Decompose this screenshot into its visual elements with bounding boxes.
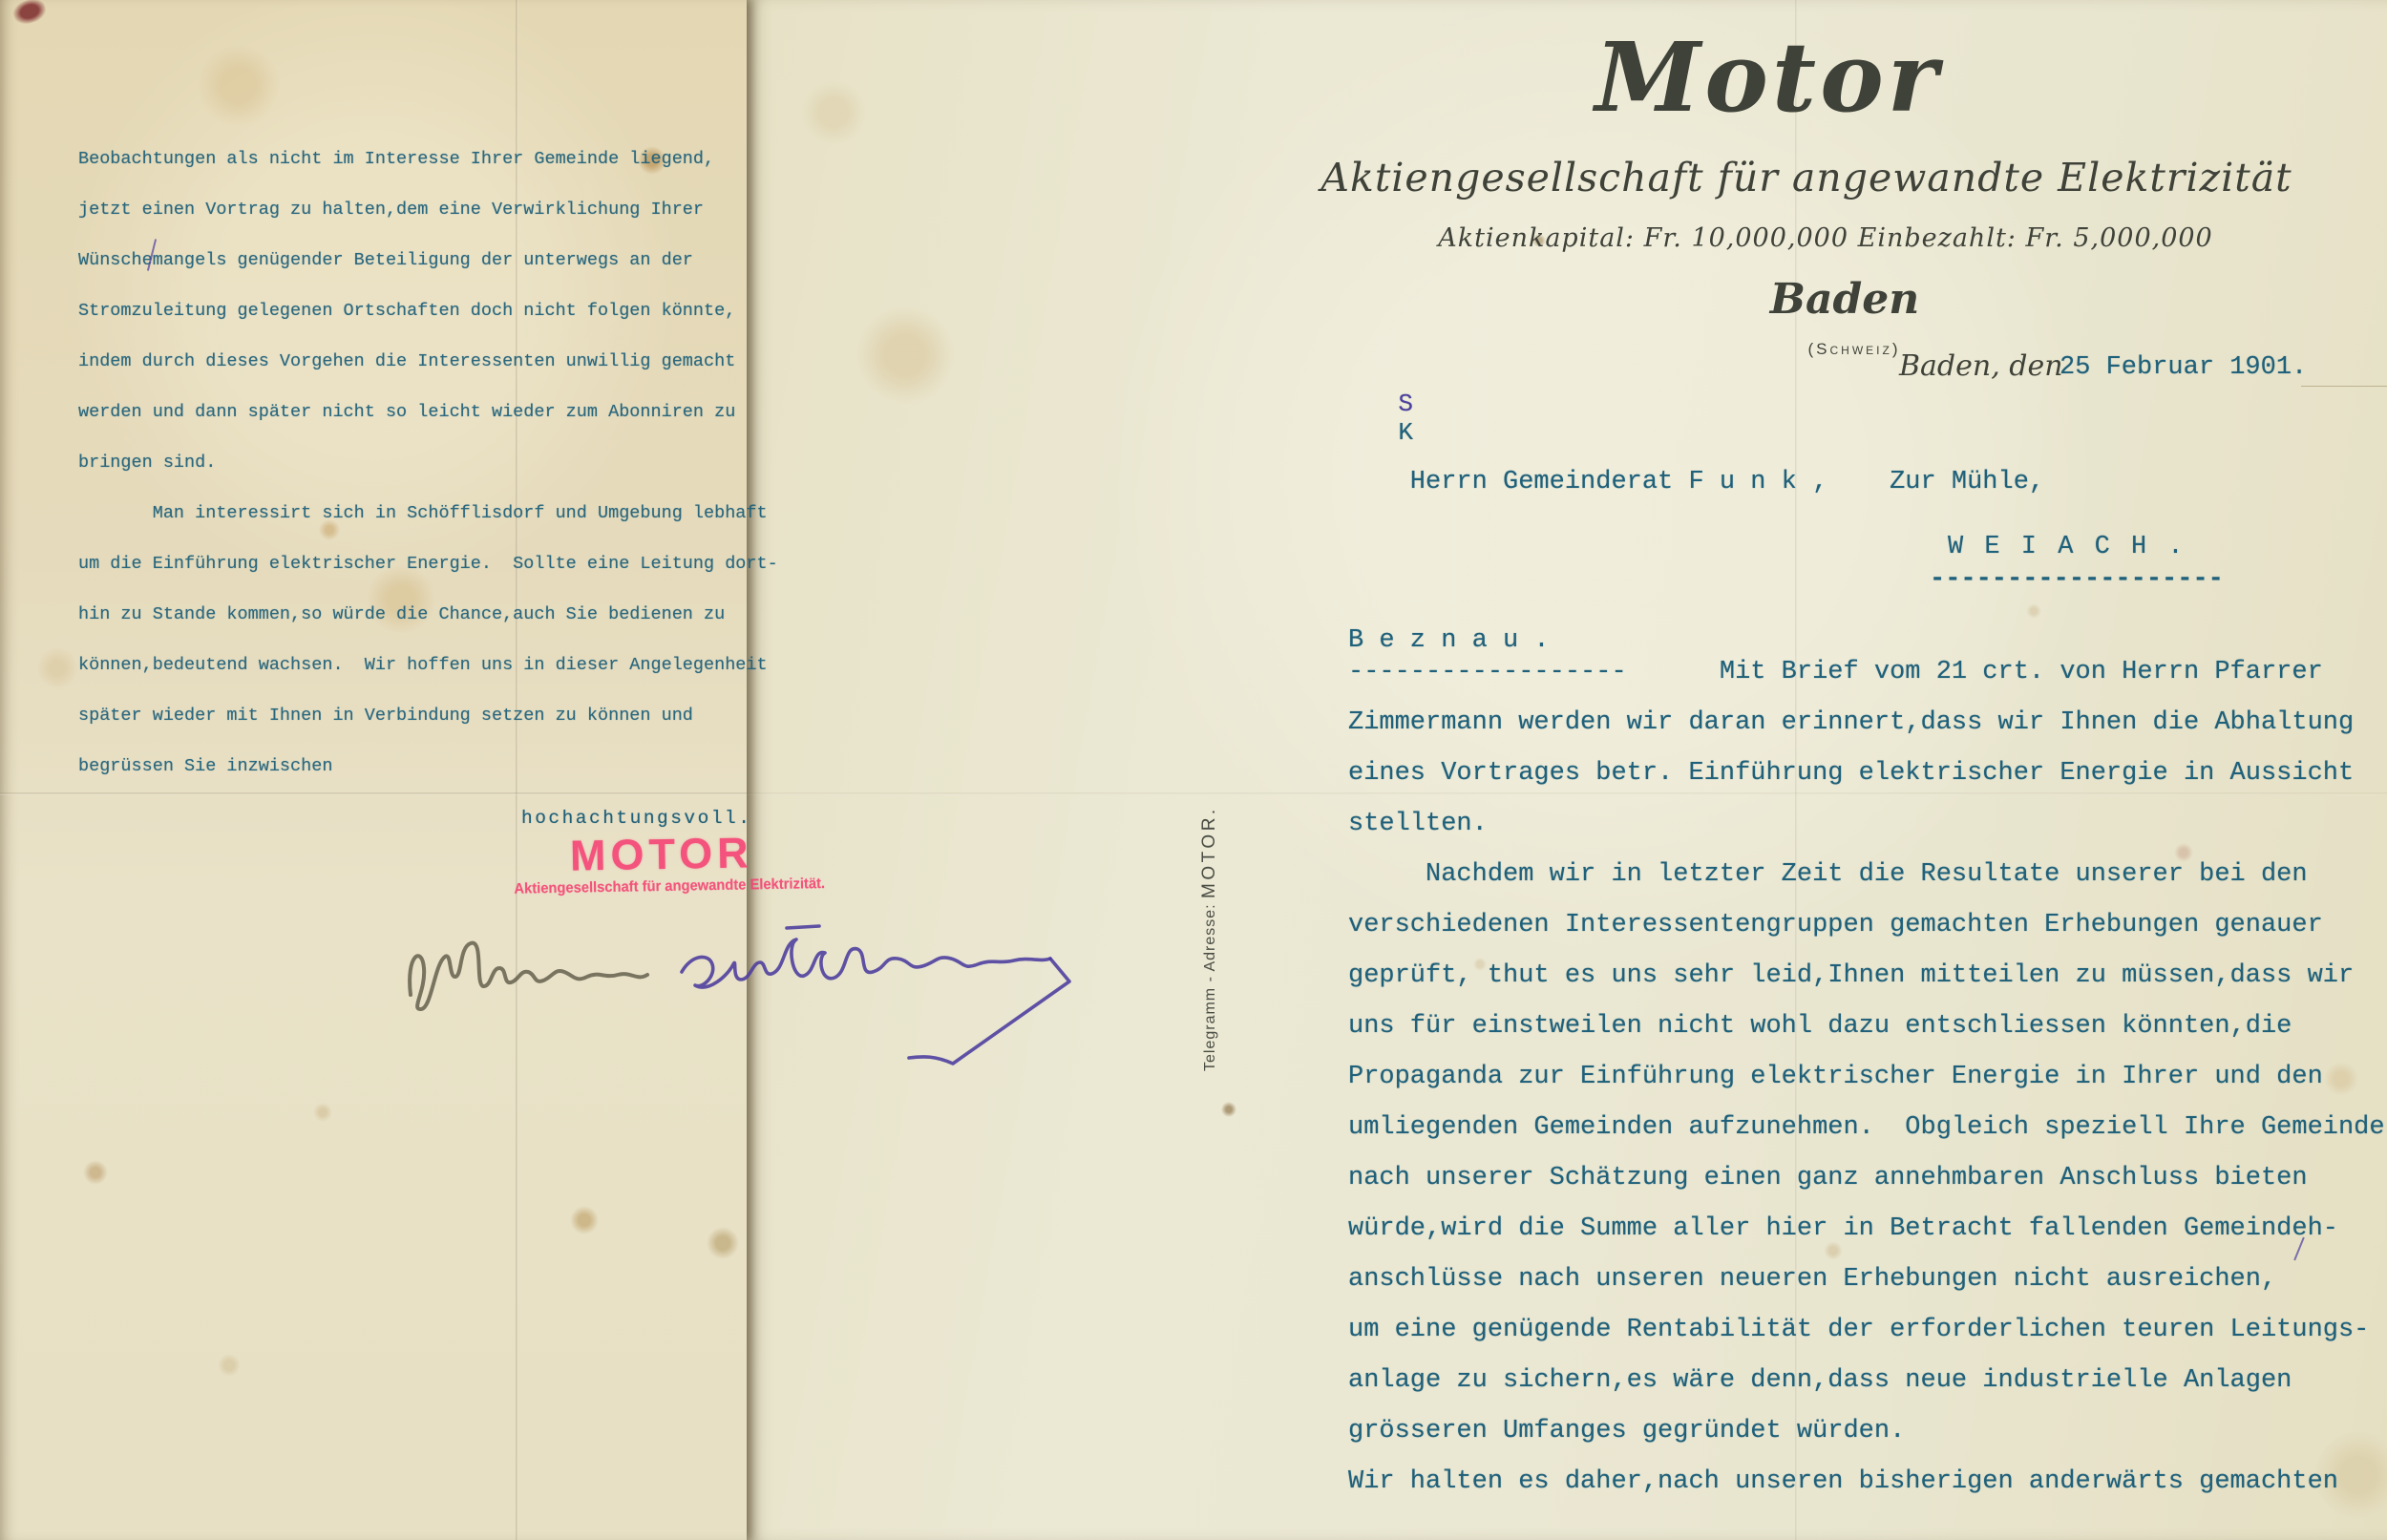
typed-line: Wir halten es daher,nach unseren bisheri… bbox=[1348, 1457, 2385, 1508]
reference-initial-k: K bbox=[1398, 418, 1413, 447]
stamp-company-name: MOTOR bbox=[513, 830, 810, 877]
letter-page-left: Beobachtungen als nicht im Interesse Ihr… bbox=[0, 0, 747, 1540]
typed-line: indem durch dieses Vorgehen die Interess… bbox=[78, 336, 778, 387]
typed-line: Man interessirt sich in Schöfflisdorf un… bbox=[78, 488, 778, 538]
typed-line: Propaganda zur Einführung elektrischer E… bbox=[1348, 1052, 2385, 1103]
dateline-rule bbox=[2301, 386, 2387, 387]
company-rubber-stamp: MOTOR Aktiengesellschaft für angewandte … bbox=[513, 830, 810, 897]
scanned-letter-spread: { "colors": { "typed_ink": "#1f607a", "s… bbox=[0, 0, 2387, 1540]
telegram-address-value: MOTOR. bbox=[1199, 806, 1219, 898]
signature-ink-dark bbox=[401, 918, 659, 1028]
typed-line: stellten. bbox=[1348, 799, 2385, 850]
typed-line: hin zu Stande kommen,so würde die Chance… bbox=[78, 589, 778, 640]
typed-line: jetzt einen Vortrag zu halten,dem eine V… bbox=[78, 184, 778, 235]
letter-page-right: Motor Aktiengesellschaft für angewandte … bbox=[747, 0, 2387, 1540]
typed-line: eines Vortrages betr. Einführung elektri… bbox=[1348, 749, 2385, 799]
signature-ink-violet bbox=[668, 909, 1098, 1081]
typed-line: um eine genügende Rentabilität der erfor… bbox=[1348, 1305, 2385, 1356]
typed-paragraphs: Beobachtungen als nicht im Interesse Ihr… bbox=[78, 134, 778, 791]
recipient-city-underline: ------------------- bbox=[1930, 565, 2224, 594]
letterhead-company-name: Motor bbox=[1482, 21, 2055, 134]
telegram-address-label: Telegramm - Adresse: bbox=[1202, 898, 1218, 1071]
typed-line: uns für einstweilen nicht wohl dazu ents… bbox=[1348, 1002, 2385, 1052]
typed-line: anlage zu sichern,es wäre denn,dass neue… bbox=[1348, 1356, 2385, 1406]
typed-line: anschlüsse nach unseren neueren Erhebung… bbox=[1348, 1255, 2385, 1305]
dateline-typed: 25 Februar 1901. bbox=[2060, 353, 2307, 382]
typed-line: um die Einführung elektrischer Energie. … bbox=[78, 538, 778, 589]
closing-salutation: hochachtungsvoll. bbox=[521, 808, 751, 829]
dateline-printed: Baden, den bbox=[1899, 349, 2063, 383]
typed-line: grösseren Umfanges gegründet würden. bbox=[1348, 1406, 2385, 1457]
typed-line: nach unserer Schätzung einen ganz annehm… bbox=[1348, 1153, 2385, 1204]
telegram-address-imprint: Telegramm - Adresse: MOTOR. bbox=[1199, 707, 1224, 1071]
typed-line: später wieder mit Ihnen in Verbindung se… bbox=[78, 690, 778, 741]
typed-line: ------------------ Mit Brief vom 21 crt.… bbox=[1348, 647, 2385, 698]
typed-line: Wünschemangels genügender Beteiligung de… bbox=[78, 235, 778, 285]
letterhead-capital-line: Aktienkapital: Fr. 10,000,000 Einbezahlt… bbox=[1348, 223, 2303, 253]
typed-line: werden und dann später nicht so leicht w… bbox=[78, 387, 778, 437]
typed-line: umliegenden Gemeinden aufzunehmen. Obgle… bbox=[1348, 1103, 2385, 1153]
recipient-city: W E I A C H . bbox=[1948, 533, 2186, 561]
typed-line: können,bedeutend wachsen. Wir hoffen uns… bbox=[78, 640, 778, 690]
reference-initial-s: S bbox=[1398, 390, 1413, 418]
typed-line: Stromzuleitung gelegenen Ortschaften doc… bbox=[78, 285, 778, 336]
typed-line: geprüft, thut es uns sehr leid,Ihnen mit… bbox=[1348, 951, 2385, 1002]
letterhead-city: Baden bbox=[1654, 275, 2036, 324]
typed-line: begrüssen Sie inzwischen bbox=[78, 741, 778, 791]
typed-line: Zimmermann werden wir daran erinnert,das… bbox=[1348, 698, 2385, 749]
typed-line: verschiedenen Interessentengruppen gemac… bbox=[1348, 900, 2385, 951]
typed-line: Nachdem wir in letzter Zeit die Resultat… bbox=[1348, 850, 2385, 900]
typed-line: würde,wird die Summe aller hier in Betra… bbox=[1348, 1204, 2385, 1255]
reference-initials: S K bbox=[1339, 361, 1413, 475]
letterhead-company-subtitle: Aktiengesellschaft für angewandte Elektr… bbox=[1281, 155, 2332, 200]
typed-line: bringen sind. bbox=[78, 437, 778, 488]
fold-crease-horizontal bbox=[0, 792, 747, 795]
typed-line: Beobachtungen als nicht im Interesse Ihr… bbox=[78, 134, 778, 184]
recipient-line: Herrn Gemeinderat F u n k , Zur Mühle, bbox=[1348, 468, 2044, 496]
typed-paragraphs: ------------------ Mit Brief vom 21 crt.… bbox=[1348, 647, 2385, 1508]
